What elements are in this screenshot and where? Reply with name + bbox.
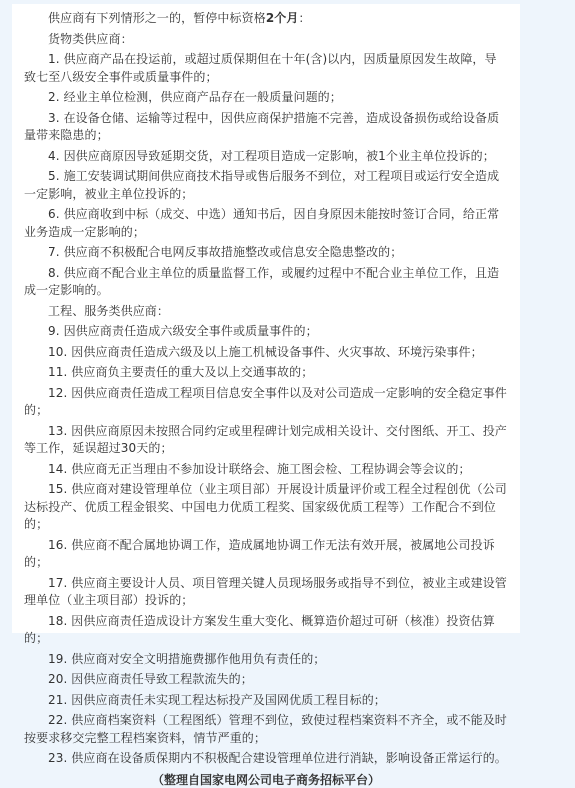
article-body: 供应商有下列情形之一的，暂停中标资格2个月： 货物类供应商： 1. 供应商产品在… [12,4,520,633]
list-item: 10. 因供应商责任造成六级及以上施工机械设备事件、火灾事故、环境污染事件； [24,344,508,362]
intro-text: 供应商有下列情形之一的，暂停中标资格 [48,11,266,25]
list-item: 16. 供应商不配合属地协调工作，造成属地协调工作无法有效开展，被属地公司投诉的… [24,537,508,572]
list-item: 19. 供应商对安全文明措施费挪作他用负有责任的； [24,651,508,669]
list-item: 15. 供应商对建设管理单位（业主项目部）开展设计质量评价或工程全过程创优（公司… [24,481,508,534]
list-item: 2. 经业主单位检测，供应商产品存在一般质量问题的； [24,89,508,107]
background [523,0,575,673]
list-item: 1. 供应商产品在投运前，或超过质保期但在十年(含)以内，因质量原因发生故障，导… [24,51,508,86]
intro-tail: ： [298,11,310,25]
list-item: 11. 供应商负主要责任的重大及以上交通事故的； [24,364,508,382]
engineering-heading: 工程、服务类供应商： [24,303,508,321]
list-item: 17. 供应商主要设计人员、项目管理关键人员现场服务或指导不到位，被业主或建设管… [24,575,508,610]
list-item: 5. 施工安装调试期间供应商技术指导或售后服务不到位，对工程项目或运行安全造成一… [24,168,508,203]
list-item: 8. 供应商不配合业主单位的质量监督工作，或履约过程中不配合业主单位工作，且造成… [24,265,508,300]
list-item: 6. 供应商收到中标（成交、中选）通知书后，因自身原因未能按时签订合同，给正常业… [24,206,508,241]
list-item: 4. 因供应商原因导致延期交货，对工程项目造成一定影响，被1个业主单位投诉的； [24,148,508,166]
intro-duration: 2个月 [266,11,299,25]
list-item: 7. 供应商不积极配合电网反事故措施整改或信息安全隐患整改的； [24,244,508,262]
list-item: 12. 因供应商责任造成工程项目信息安全事件以及对公司造成一定影响的安全稳定事件… [24,385,508,420]
list-item: 14. 供应商无正当理由不参加设计联络会、施工图会检、工程协调会等会议的； [24,461,508,479]
list-item: 18. 因供应商责任造成设计方案发生重大变化、概算造价超过可研（核准）投资估算的… [24,613,508,648]
goods-heading: 货物类供应商： [24,31,508,49]
intro-paragraph: 供应商有下列情形之一的，暂停中标资格2个月： [24,10,508,28]
list-item: 13. 因供应商原因未按照合同约定或里程碑计划完成相关设计、交付图纸、开工、投产… [24,423,508,458]
list-item: 9. 因供应商责任造成六级安全事件或质量事件的； [24,323,508,341]
list-item: 3. 在设备仓储、运输等过程中，因供应商保护措施不完善，造成设备损伤或给设备质量… [24,110,508,145]
